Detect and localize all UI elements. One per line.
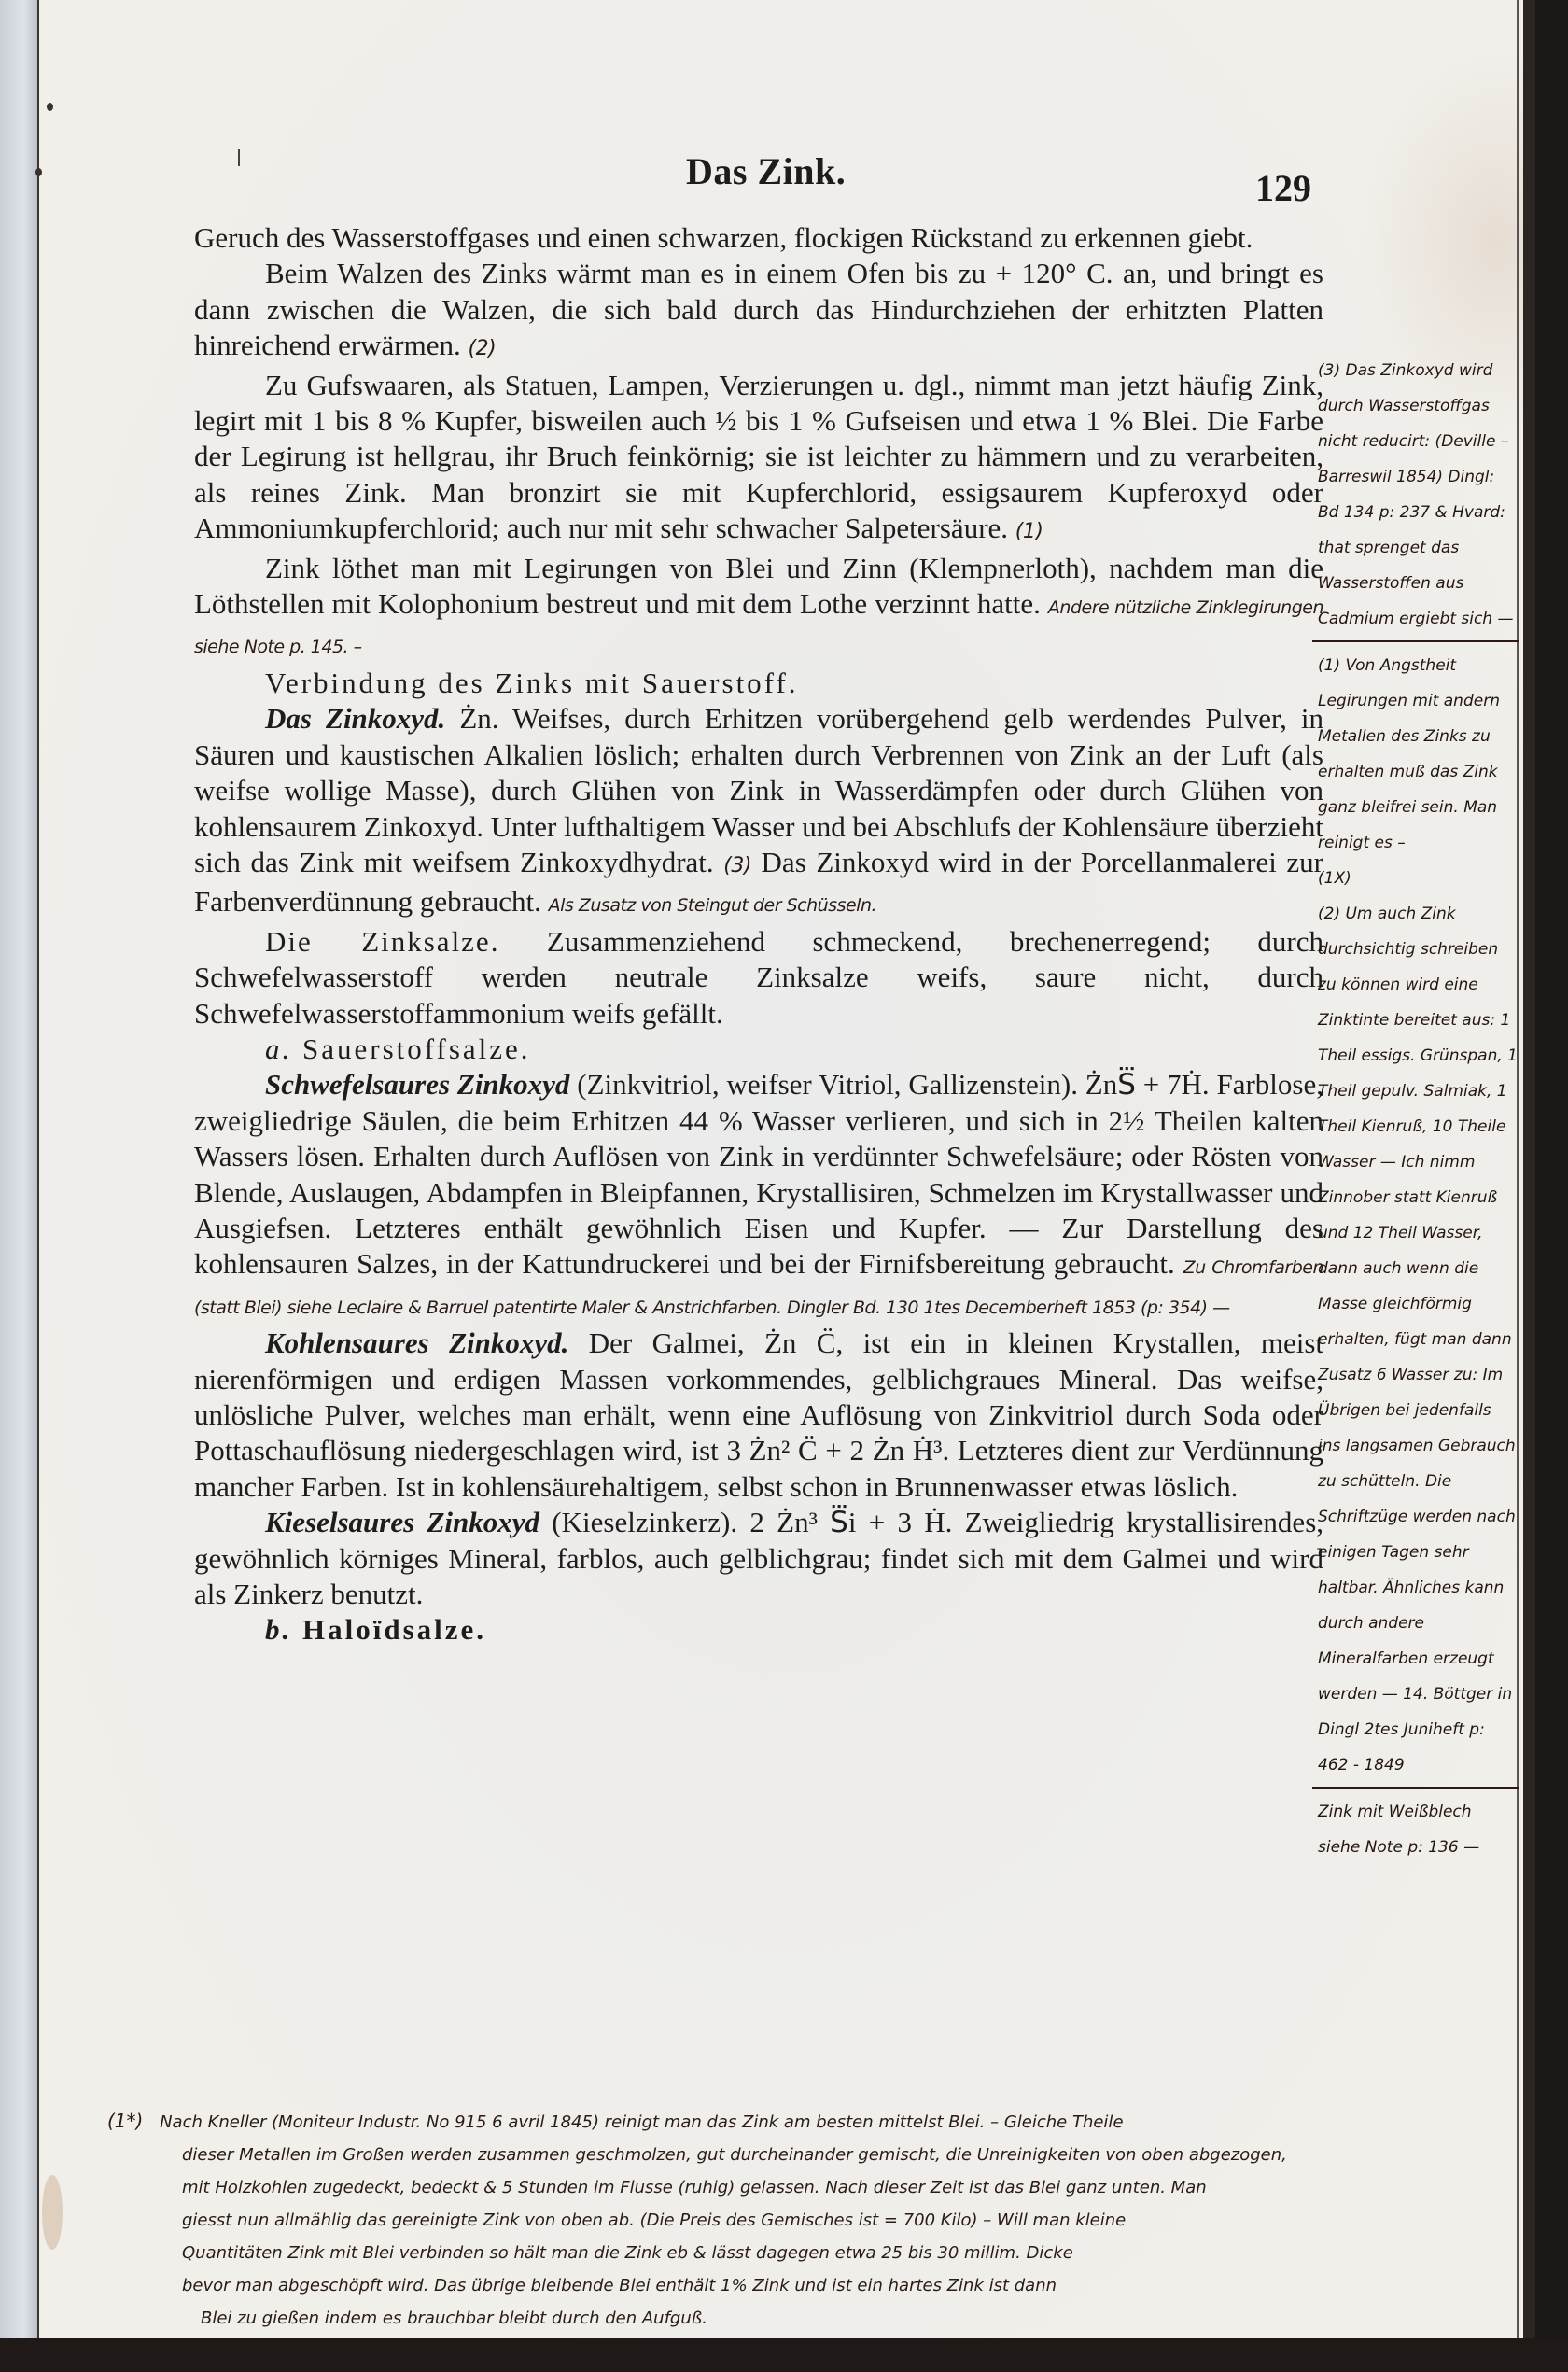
margin-note: (1X)	[1318, 861, 1519, 896]
term: Die Zinksalze.	[265, 925, 499, 958]
margin-note: Zink mit Weißblech siehe Note p: 136 —	[1318, 1794, 1519, 1865]
term: Schwefelsaures Zinkoxyd	[265, 1068, 569, 1101]
footnote-line: mit Holzkohlen zugedeckt, bedeckt & 5 St…	[107, 2171, 1517, 2204]
footnote-marker: (1*)	[107, 2110, 143, 2132]
margin-divider	[1312, 640, 1519, 642]
paragraph: Kohlensaures Zinkoxyd. Der Galmei, Żn C̈…	[194, 1326, 1323, 1505]
handwritten-annotation-marker: (2)	[469, 337, 497, 360]
paragraph: Zu Gufswaaren, als Statuen, Lampen, Verz…	[194, 368, 1323, 551]
margin-note: (2) Um auch Zink durchsichtig schreiben …	[1318, 896, 1519, 1783]
footnote-line: dieser Metallen im Großen werden zusamme…	[107, 2139, 1517, 2171]
running-title: Das Zink.	[686, 149, 846, 193]
handwritten-inline-note: Als Zusatz von Steingut der Schüsseln.	[549, 895, 876, 916]
paragraph: Kieselsaures Zinkoxyd (Kieselzinkerz). 2…	[194, 1505, 1323, 1612]
ink-speck	[47, 103, 53, 111]
footnote-line: Blei zu gießen indem es brauchbar bleibt…	[107, 2302, 1517, 2335]
paragraph: Schwefelsaures Zinkoxyd (Zinkvitriol, we…	[194, 1067, 1323, 1326]
term: Kohlensaures Zinkoxyd.	[265, 1326, 568, 1359]
paragraph: Das Zinkoxyd. Żn. Weifses, durch Erhitze…	[194, 701, 1323, 923]
main-text-column: Geruch des Wasserstoffgases und einen sc…	[194, 220, 1323, 1649]
section-heading: Verbindung des Zinks mit Sauerstoff.	[194, 666, 1323, 701]
term: Kieselsaures Zinkoxyd	[265, 1506, 539, 1538]
paragraph: Die Zinksalze. Zusammenziehend schmecken…	[194, 924, 1323, 1032]
footnote-line: giesst nun allmählig das gereinigte Zink…	[107, 2204, 1517, 2237]
page-number: 129	[1255, 166, 1311, 210]
paper-stain	[42, 2175, 63, 2250]
footnote-line: (1*) Nach Kneller (Moniteur Industr. No …	[107, 2105, 1517, 2139]
handwritten-footnote: (1*) Nach Kneller (Moniteur Industr. No …	[107, 2105, 1517, 2335]
margin-divider	[1312, 1787, 1519, 1789]
paragraph: Zink löthet man mit Legirungen von Blei …	[194, 551, 1323, 666]
handwritten-margin-notes: (3) Das Zinkoxyd wird durch Wasserstoffg…	[1318, 353, 1519, 1865]
paragraph: Beim Walzen des Zinks wärmt man es in ei…	[194, 256, 1323, 367]
book-binding	[0, 0, 39, 2372]
scan-background	[0, 2338, 1568, 2372]
margin-note: (3) Das Zinkoxyd wird durch Wasserstoffg…	[1318, 353, 1519, 637]
page-edge-shadow	[1535, 0, 1568, 2372]
subsection-heading: b. Haloïdsalze.	[194, 1612, 1323, 1648]
paragraph: Geruch des Wasserstoffgases und einen sc…	[194, 220, 1323, 256]
footnote-line: Quantitäten Zink mit Blei verbinden so h…	[107, 2237, 1517, 2269]
term: Das Zinkoxyd.	[265, 702, 445, 735]
subsection-heading: a. Sauerstoffsalze.	[194, 1032, 1323, 1067]
ink-speck	[35, 168, 42, 176]
ink-tick-mark	[238, 149, 240, 166]
footnote-line: bevor man abgeschöpft wird. Das übrige b…	[107, 2269, 1517, 2302]
handwritten-annotation-marker: (1)	[1015, 520, 1043, 543]
margin-note: (1) Von Angstheit Legirungen mit andern …	[1318, 648, 1519, 861]
handwritten-annotation-marker: (3)	[723, 854, 751, 877]
